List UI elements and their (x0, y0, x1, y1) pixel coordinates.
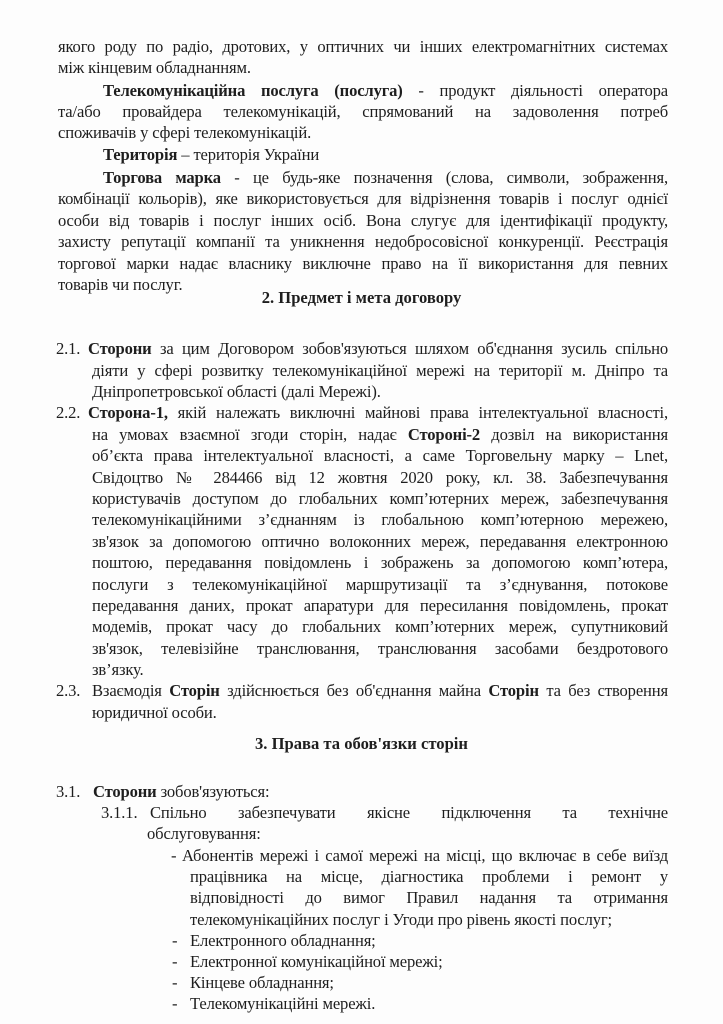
text: споживачів у сфері телекомунікацій. (58, 123, 311, 142)
text: якій належать виключні майнові права інт… (168, 403, 668, 422)
definition-text-line: торгової марки надає власнику виключне п… (58, 253, 668, 274)
clause-text-line: поштою, передавання повідомлень і зображ… (92, 552, 668, 573)
text: комбінації кольорів), яке використовуєть… (58, 189, 668, 208)
clause-number: 3.1. (56, 781, 80, 802)
document-page: якого роду по радіо, дротових, у оптични… (0, 0, 723, 1024)
list-item-line: працівника на місце, діагностика проблем… (190, 866, 668, 887)
clause-2-2: Сторона-1, якій належать виключні майнов… (88, 402, 668, 423)
text: об’єкта права інтелектуальної власності,… (92, 446, 668, 465)
clause-text-line: передавання даних, прокат апаратури для … (92, 595, 668, 616)
term-parties: Сторони (88, 339, 152, 358)
list-item-line: телекомунікаційних послуг і Угоди про рі… (190, 909, 612, 930)
section-3-heading: 3. Права та обов'язки сторін (0, 733, 723, 754)
term-trademark: Торгова марка (103, 168, 221, 187)
definition-trademark: Торгова марка - це будь-яке позначення (… (103, 167, 668, 188)
text: обслуговування: (147, 824, 261, 843)
list-item: Електронної комунікаційної мережі; (190, 951, 443, 972)
clause-number: 3.1.1. (101, 802, 137, 823)
text: між кінцевим обладнанням. (58, 58, 251, 77)
clause-text-line: об’єкта права інтелектуальної власності,… (92, 445, 668, 466)
text: послуги з телекомунікаційної маршрутизац… (92, 575, 668, 594)
definition-text-line: комбінації кольорів), яке використовуєть… (58, 188, 668, 209)
clause-number: 2.3. (56, 680, 80, 701)
text: зв'язок за допомогою оптично волоконних … (92, 532, 668, 551)
term-party-2: Стороні-2 (408, 425, 480, 444)
text: особи від товарів і послуг інших осіб. В… (58, 211, 668, 230)
clause-text-line: Дніпропетровської області (далі Мережі). (92, 381, 381, 402)
text: дозвіл на використання (480, 425, 668, 444)
term-parties: Сторін (488, 681, 539, 700)
text: Спільно забезпечувати якісне підключення… (150, 803, 668, 822)
section-2-heading: 2. Предмет і мета договору (0, 287, 723, 308)
text: якого роду по радіо, дротових, у оптични… (58, 37, 668, 56)
text: телекомунікаційних послуг і Угоди про рі… (190, 910, 612, 929)
definition-territory: Територія – територія України (103, 144, 319, 165)
clause-2-1: Сторони за цим Договором зобов'язуються … (88, 338, 668, 359)
text: Свідоцтво № 284466 від 12 жовтня 2020 ро… (92, 468, 668, 487)
text: зобов'язуються: (157, 782, 270, 801)
clause-text-line: послуги з телекомунікаційної маршрутизац… (92, 574, 668, 595)
list-item: Абонентів мережі і самої мережі на місці… (182, 845, 668, 866)
text: захисту репутації компанії та уникнення … (58, 232, 668, 251)
definition-text-line: між кінцевим обладнанням. (58, 57, 251, 78)
clause-text-line: зв'язок за допомогою оптично волоконних … (92, 531, 668, 552)
definition-telecom-service: Телекомунікаційна послуга (послуга) - пр… (103, 80, 668, 101)
text: Взаємодія (92, 681, 169, 700)
list-dash: - (172, 993, 177, 1014)
clause-text-line: телекомунікаційними з’єднанням із глобал… (92, 509, 668, 530)
clause-text-line: користувачів доступом до глобальних комп… (92, 488, 668, 509)
term-parties: Сторін (169, 681, 220, 700)
list-dash: - (171, 845, 176, 866)
text: передавання даних, прокат апаратури для … (92, 596, 668, 615)
text: діяти у сфері розвитку телекомунікаційно… (92, 361, 668, 380)
text: зв'язок, телевізійне транслювання, транс… (92, 639, 668, 658)
text: та/або провайдера телекомунікацій, спрям… (58, 102, 668, 121)
clause-3-1: Сторони зобов'язуються: (93, 781, 269, 802)
definition-text-line: особи від товарів і послуг інших осіб. В… (58, 210, 668, 231)
definition-text-line: та/або провайдера телекомунікацій, спрям… (58, 101, 668, 122)
text: Дніпропетровської області (далі Мережі). (92, 382, 381, 401)
text: телекомунікаційними з’єднанням із глобал… (92, 510, 668, 529)
text: та без створення (539, 681, 668, 700)
clause-text-line: обслуговування: (147, 823, 261, 844)
term-territory: Територія (103, 145, 177, 164)
text: відповідності до вимог Правил надання та… (190, 888, 668, 907)
list-item: Кінцеве обладнання; (190, 972, 334, 993)
text: модемів, прокат часу до глобальних комп’… (92, 617, 668, 636)
definition-text-line: захисту репутації компанії та уникнення … (58, 231, 668, 252)
text: – територія України (177, 145, 319, 164)
clause-3-1-1: Спільно забезпечувати якісне підключення… (150, 802, 668, 823)
list-dash: - (172, 930, 177, 951)
text: зв’язку. (92, 660, 144, 679)
clause-text-line: юридичної особи. (92, 702, 217, 723)
clause-text-line: зв'язок, телевізійне транслювання, транс… (92, 638, 668, 659)
list-item-line: відповідності до вимог Правил надання та… (190, 887, 668, 908)
term-telecom-service: Телекомунікаційна послуга (послуга) (103, 81, 403, 100)
list-item: Електронного обладнання; (190, 930, 376, 951)
text: торгової марки надає власнику виключне п… (58, 254, 668, 273)
clause-text-line: модемів, прокат часу до глобальних комп’… (92, 616, 668, 637)
definition-text-line: споживачів у сфері телекомунікацій. (58, 122, 311, 143)
text: здійснюється без об'єднання майна (220, 681, 489, 700)
list-dash: - (172, 972, 177, 993)
clause-number: 2.1. (56, 338, 80, 359)
text: працівника на місце, діагностика проблем… (190, 867, 668, 886)
text: - продукт діяльності оператора (403, 81, 668, 100)
text: за цим Договором зобов'язуються шляхом о… (152, 339, 668, 358)
clause-2-3: Взаємодія Сторін здійснюється без об'єдн… (92, 680, 668, 701)
clause-text-line: діяти у сфері розвитку телекомунікаційно… (92, 360, 668, 381)
text: Абонентів мережі і самої мережі на місці… (182, 846, 668, 865)
list-dash: - (172, 951, 177, 972)
clause-text-line: Свідоцтво № 284466 від 12 жовтня 2020 ро… (92, 467, 668, 488)
clause-text-line: на умовах взаємної згоди сторін, надає С… (92, 424, 668, 445)
text: користувачів доступом до глобальних комп… (92, 489, 668, 508)
text: на умовах взаємної згоди сторін, надає (92, 425, 408, 444)
clause-number: 2.2. (56, 402, 80, 423)
term-parties: Сторони (93, 782, 157, 801)
text: - це будь-яке позначення (слова, символи… (221, 168, 668, 187)
term-party-1: Сторона-1, (88, 403, 168, 422)
text: юридичної особи. (92, 703, 217, 722)
list-item: Телекомунікаційні мережі. (190, 993, 375, 1014)
clause-text-line: зв’язку. (92, 659, 144, 680)
text: поштою, передавання повідомлень і зображ… (92, 553, 668, 572)
definition-text-line: якого роду по радіо, дротових, у оптични… (58, 36, 668, 57)
